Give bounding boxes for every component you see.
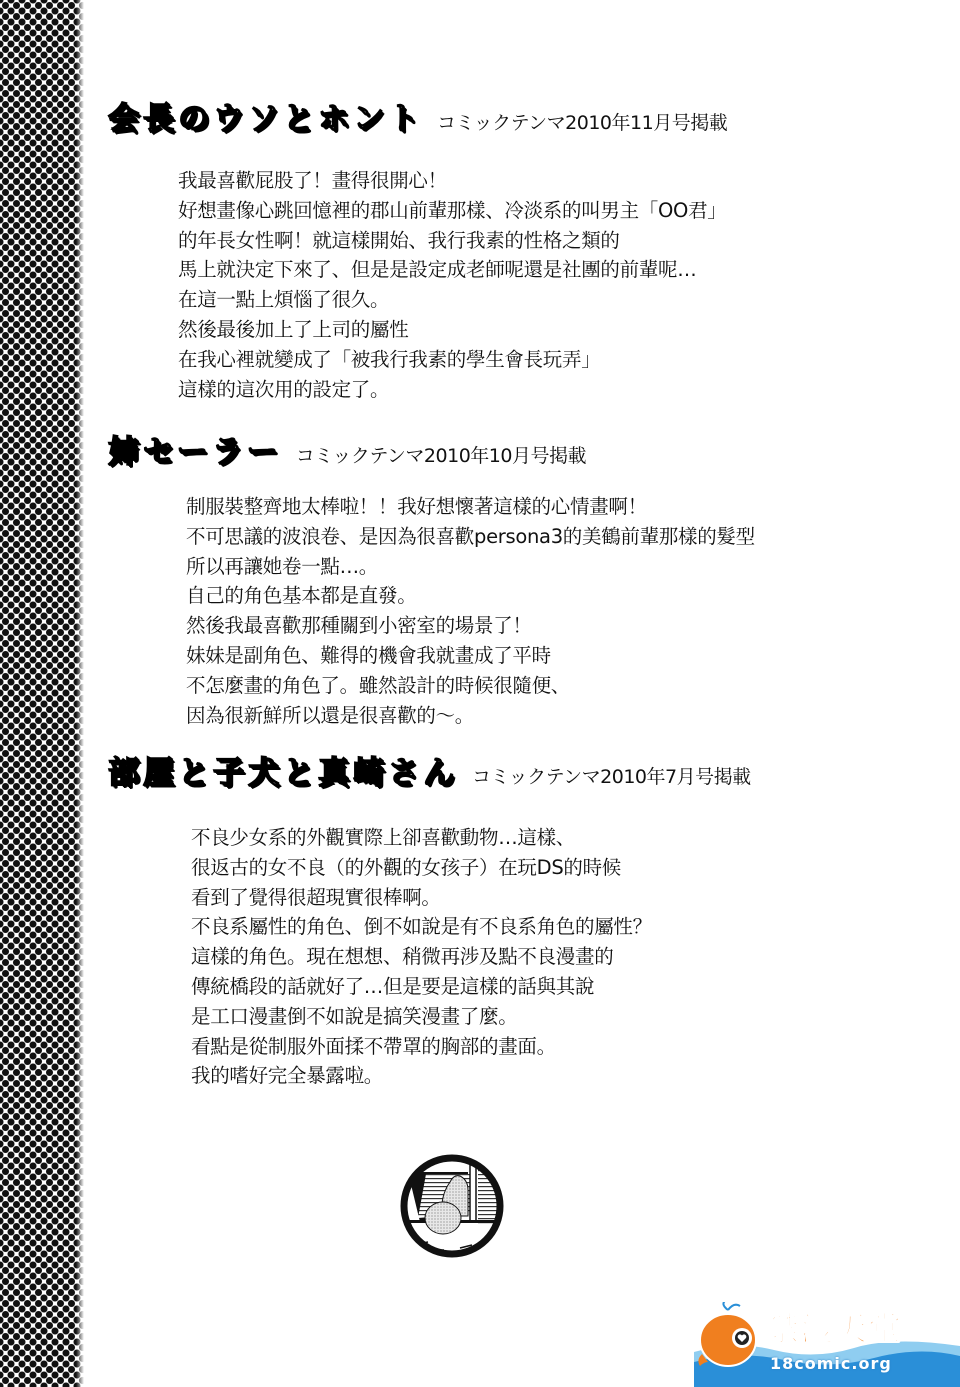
section-2-publication: コミックテンマ2010年10月号掲載 [296,447,586,466]
body-line: 然後最後加上了上司的屬性 [178,315,727,345]
body-line: 很返古的女不良（的外觀的女孩子）在玩DS的時候 [191,853,652,883]
body-line: 自己的角色基本都是直發。 [186,581,755,611]
halftone-dot-strip [0,0,84,1387]
body-line: 傳統橋段的話就好了…但是要是這樣的話與其說 [191,972,652,1002]
body-line: 所以再讓她卷一點…。 [186,552,755,582]
body-line: 看到了覺得很超現實很棒啊。 [191,883,652,913]
section-1-header: 会長のウソとホント コミックテンマ2010年11月号掲載 [108,104,727,135]
body-line: 因為很新鮮所以還是很喜歡的～。 [186,701,755,731]
section-2-body: 制服裝整齊地太棒啦！！我好想懷著這樣的心情畫啊！ 不可思議的波浪卷、是因為很喜歡… [186,492,755,730]
body-line: 不可思議的波浪卷、是因為很喜歡persona3的美鶴前輩那樣的髮型 [186,522,755,552]
section-1-publication: コミックテンマ2010年11月号掲載 [437,114,727,133]
body-line: 不良系屬性的角色、倒不如說是有不良系角色的屬性？ [191,912,652,942]
orange-whale-mascot-icon [698,1302,756,1366]
body-line: 制服裝整齊地太棒啦！！我好想懷著這樣的心情畫啊！ [186,492,755,522]
body-line: 好想畫像心跳回憶裡的郡山前輩那樣、冷淡系的叫男主「OO君」 [178,196,727,226]
body-line: 妹妹是副角色、難得的機會我就畫成了平時 [186,641,755,671]
section-3-body: 不良少女系的外觀實際上卻喜歡動物…這樣、 很返古的女不良（的外觀的女孩子）在玩D… [191,823,652,1091]
body-line: 看點是從制服外面揉不帶罩的胸部的畫面。 [191,1032,652,1062]
body-line: 馬上就決定下來了、但是是設定成老師呢還是社團的前輩呢… [178,255,727,285]
body-line: 這樣的這次用的設定了。 [178,375,727,405]
watermark-url: 18comic.org [770,1356,892,1372]
body-line: 我的嗜好完全暴露啦。 [191,1061,652,1091]
body-line: 是工口漫畫倒不如說是搞笑漫畫了麼。 [191,1002,652,1032]
section-2-header: 姉セーラー コミックテンマ2010年10月号掲載 [108,437,586,468]
watermark-name: 禁漫天堂 [766,1312,902,1345]
section-3-header: 部屋と子犬と真崎さん コミックテンマ2010年7月号掲載 [108,758,751,789]
section-3-publication: コミックテンマ2010年7月号掲載 [472,768,751,787]
body-line: 這樣的角色。現在想想、稍微再涉及點不良漫畫的 [191,942,652,972]
body-line: 我最喜歡屁股了！畫得很開心！ [178,166,727,196]
section-1-body: 我最喜歡屁股了！畫得很開心！ 好想畫像心跳回憶裡的郡山前輩那樣、冷淡系的叫男主「… [178,166,727,404]
section-1-title: 会長のウソとホント [108,104,423,135]
body-line: 不怎麼畫的角色了。雖然設計的時候很隨便、 [186,671,755,701]
body-line: 在這一點上煩惱了很久。 [178,285,727,315]
body-line: 然後我最喜歡那種關到小密室的場景了！ [186,611,755,641]
section-3-title: 部屋と子犬と真崎さん [108,758,458,789]
body-line: 不良少女系的外觀實際上卻喜歡動物…這樣、 [191,823,652,853]
watermark-logo: 禁漫天堂 18comic.org [694,1302,960,1387]
section-2-title: 姉セーラー [108,437,282,468]
body-line: 在我心裡就變成了「被我行我素的學生會長玩弄」 [178,345,727,375]
circular-vignette-puppy-icon [398,1152,506,1260]
body-line: 的年長女性啊！就這樣開始、我行我素的性格之類的 [178,226,727,256]
